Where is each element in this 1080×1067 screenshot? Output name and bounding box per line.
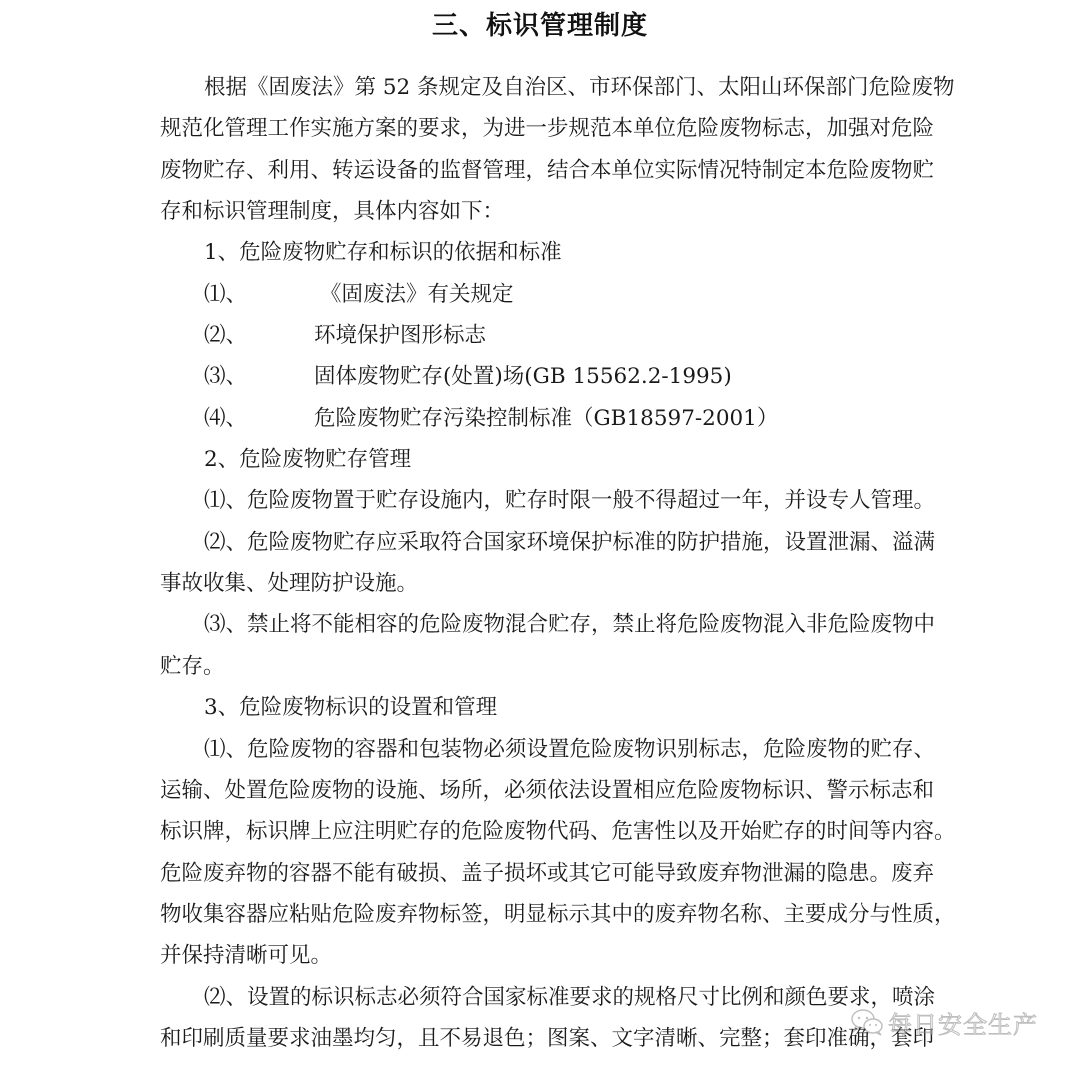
wechat-icon [850,1007,884,1037]
text-line: 贮存。 [160,646,922,687]
watermark-text: 每日安全生产 [888,1005,1038,1040]
item-number: ⑷、 [204,398,270,439]
item-text: 固体废物贮存(处置)场(GB 15562.2-1995) [314,356,732,397]
text-line: ⑴、危险废物置于贮存设施内，贮存时限一般不得超过一年，并设专人管理。 [160,480,922,521]
document-page: 三、标识管理制度 根据《固废法》第 52 条规定及自治区、市环保部门、太阳山环保… [0,0,1080,1067]
text-line: ⑴、危险废物的容器和包装物必须设置危险废物识别标志，危险废物的贮存、 [160,729,922,770]
text-line: 危险废弃物的容器不能有破损、盖子损坏或其它可能导致废弃物泄漏的隐患。废弃 [160,853,922,894]
text-line: 运输、处置危险废物的设施、场所，必须依法设置相应危险废物标识、警示标志和 [160,770,922,811]
clause-paragraph: ⑴、危险废物置于贮存设施内，贮存时限一般不得超过一年，并设专人管理。 [160,480,922,521]
text-line: 规范化管理工作实施方案的要求，为进一步规范本单位危险废物标志，加强对危险 [160,108,922,149]
item-number: ⑵、 [204,315,270,356]
item-text: 《固废法》有关规定 [320,274,514,315]
section-heading: 2、危险废物贮存管理 [160,439,922,480]
page-title: 三、标识管理制度 [0,8,1080,44]
document-body: 根据《固废法》第 52 条规定及自治区、市环保部门、太阳山环保部门危险废物 规范… [160,67,922,1059]
standard-item: ⑵、环境保护图形标志 [160,315,922,356]
text-line: ⑵、设置的标识标志必须符合国家标准要求的规格尺寸比例和颜色要求，喷涂 [160,977,922,1018]
clause-paragraph: ⑴、危险废物的容器和包装物必须设置危险废物识别标志，危险废物的贮存、 运输、处置… [160,729,922,977]
text-line: 物收集容器应粘贴危险废弃物标签，明显标示其中的废弃物名称、主要成分与性质， [160,894,922,935]
text-line: 废物贮存、利用、转运设备的监督管理，结合本单位实际情况特制定本危险废物贮 [160,150,922,191]
clause-paragraph: ⑵、危险废物贮存应采取符合国家环境保护标准的防护措施，设置泄漏、溢满 事故收集、… [160,522,922,605]
text-line: 并保持清晰可见。 [160,935,922,976]
item-number: ⑶、 [204,356,270,397]
text-line: ⑵、危险废物贮存应采取符合国家环境保护标准的防护措施，设置泄漏、溢满 [160,522,922,563]
intro-paragraph: 根据《固废法》第 52 条规定及自治区、市环保部门、太阳山环保部门危险废物 规范… [160,67,922,232]
text-line: 根据《固废法》第 52 条规定及自治区、市环保部门、太阳山环保部门危险废物 [160,67,922,108]
clause-paragraph: ⑵、设置的标识标志必须符合国家标准要求的规格尺寸比例和颜色要求，喷涂 和印刷质量… [160,977,922,1060]
standard-item: ⑴、《固废法》有关规定 [160,274,922,315]
section-1: 1、危险废物贮存和标识的依据和标准 ⑴、《固废法》有关规定 ⑵、环境保护图形标志… [160,232,922,439]
text-line: 存和标识管理制度，具体内容如下： [160,191,922,232]
watermark: 每日安全生产 [850,1003,1038,1041]
section-heading: 1、危险废物贮存和标识的依据和标准 [160,232,922,273]
text-line: 事故收集、处理防护设施。 [160,563,922,604]
text-line: 和印刷质量要求油墨均匀，且不易退色；图案、文字清晰、完整；套印准确，套印 [160,1018,922,1059]
section-2: 2、危险废物贮存管理 ⑴、危险废物置于贮存设施内，贮存时限一般不得超过一年，并设… [160,439,922,687]
standard-item: ⑷、危险废物贮存污染控制标准（GB18597-2001） [160,398,922,439]
section-3: 3、危险废物标识的设置和管理 ⑴、危险废物的容器和包装物必须设置危险废物识别标志… [160,687,922,1059]
section-heading: 3、危险废物标识的设置和管理 [160,687,922,728]
text-line: 标识牌，标识牌上应注明贮存的危险废物代码、危害性以及开始贮存的时间等内容。 [160,811,922,852]
item-number: ⑴、 [204,274,270,315]
standard-item: ⑶、固体废物贮存(处置)场(GB 15562.2-1995) [160,356,922,397]
text-line: ⑶、禁止将不能相容的危险废物混合贮存，禁止将危险废物混入非危险废物中 [160,604,922,645]
clause-paragraph: ⑶、禁止将不能相容的危险废物混合贮存，禁止将危险废物混入非危险废物中 贮存。 [160,604,922,687]
item-text: 环境保护图形标志 [314,315,486,356]
item-text: 危险废物贮存污染控制标准（GB18597-2001） [314,398,778,439]
